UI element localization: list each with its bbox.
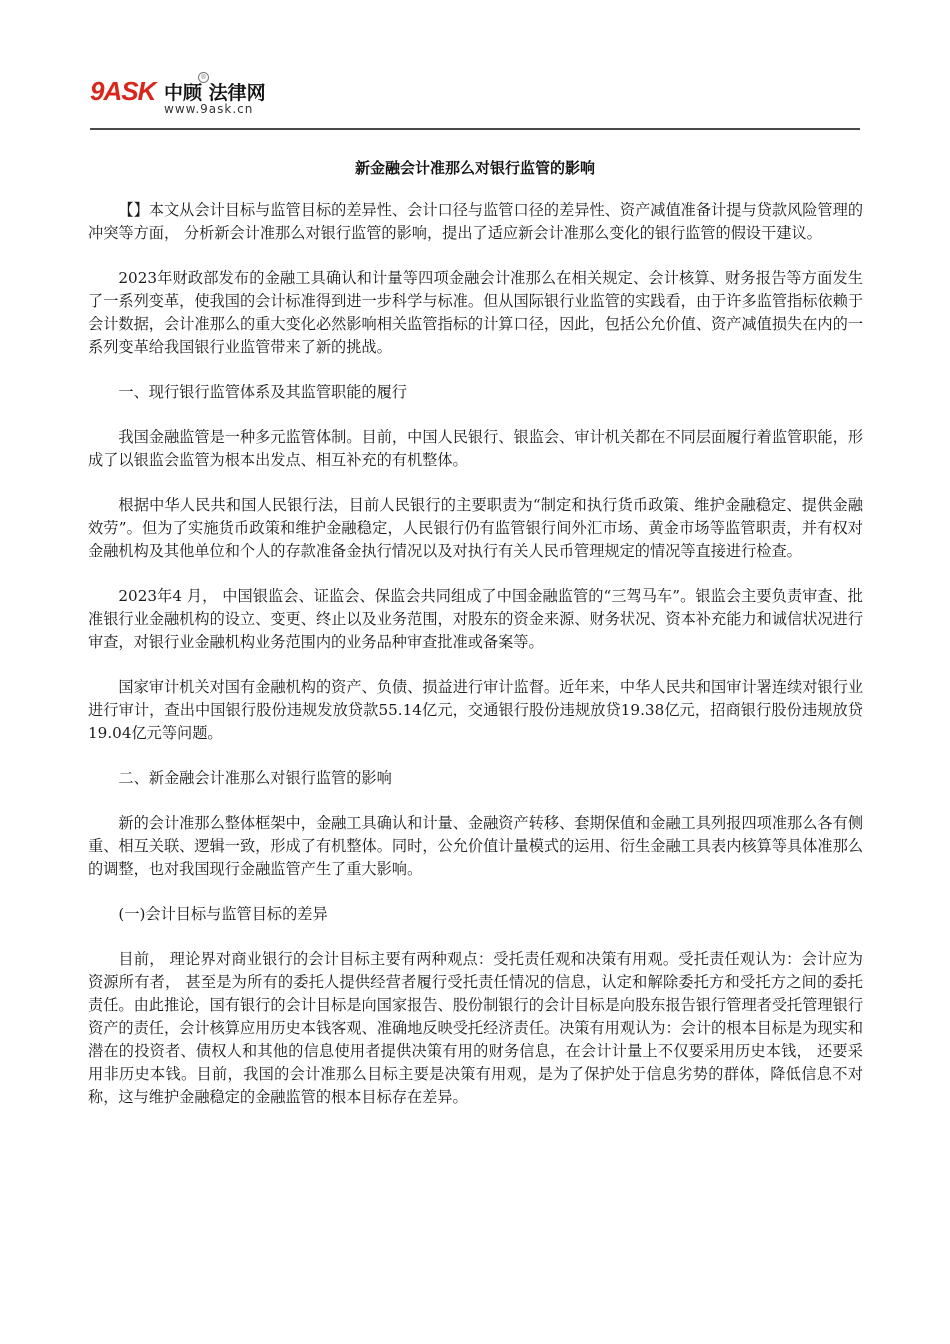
logo-mark: 9ASK [90,76,155,107]
document-title: 新金融会计准那么对银行监管的影响 [0,157,950,178]
subsection-heading: (一)会计目标与监管目标的差异 [88,903,863,926]
site-logo[interactable]: 9ASK 中顾 法律网 ® www.9ask.cn [90,72,860,122]
body-paragraph: 根据中华人民共和国人民银行法，目前人民银行的主要职责为“制定和执行货币政策、维护… [88,494,863,563]
section-heading: 二、新金融会计准那么对银行监管的影响 [88,767,863,790]
body-paragraph: 2023年4 月， 中国银监会、证监会、保监会共同组成了中国金融监管的“三驾马车… [88,585,863,654]
body-paragraph: 目前， 理论界对商业银行的会计目标主要有两种观点：受托责任观和决策有用观。受托责… [88,948,863,1109]
document-body: 【】本文从会计目标与监管目标的差异性、会计口径与监管口径的差异性、资产减值准备计… [88,199,863,1131]
body-paragraph: 2023年财政部发布的金融工具确认和计量等四项金融会计准那么在相关规定、会计核算… [88,267,863,359]
body-paragraph: 国家审计机关对国有金融机构的资产、负债、损益进行审计监督。近年来，中华人民共和国… [88,676,863,745]
section-heading: 一、现行银行监管体系及其监管职能的履行 [88,381,863,404]
logo-url: www.9ask.cn [164,102,253,116]
abstract-paragraph: 【】本文从会计目标与监管目标的差异性、会计口径与监管口径的差异性、资产减值准备计… [88,199,863,245]
registered-icon: ® [198,72,209,83]
body-paragraph: 新的会计准那么整体框架中，金融工具确认和计量、金融资产转移、套期保值和金融工具列… [88,812,863,881]
site-header: 9ASK 中顾 法律网 ® www.9ask.cn [90,72,860,122]
header-divider [90,128,860,130]
logo-chinese-name: 中顾 法律网 [164,78,266,105]
body-paragraph: 我国金融监管是一种多元监管体制。目前，中国人民银行、银监会、审计机关都在不同层面… [88,426,863,472]
